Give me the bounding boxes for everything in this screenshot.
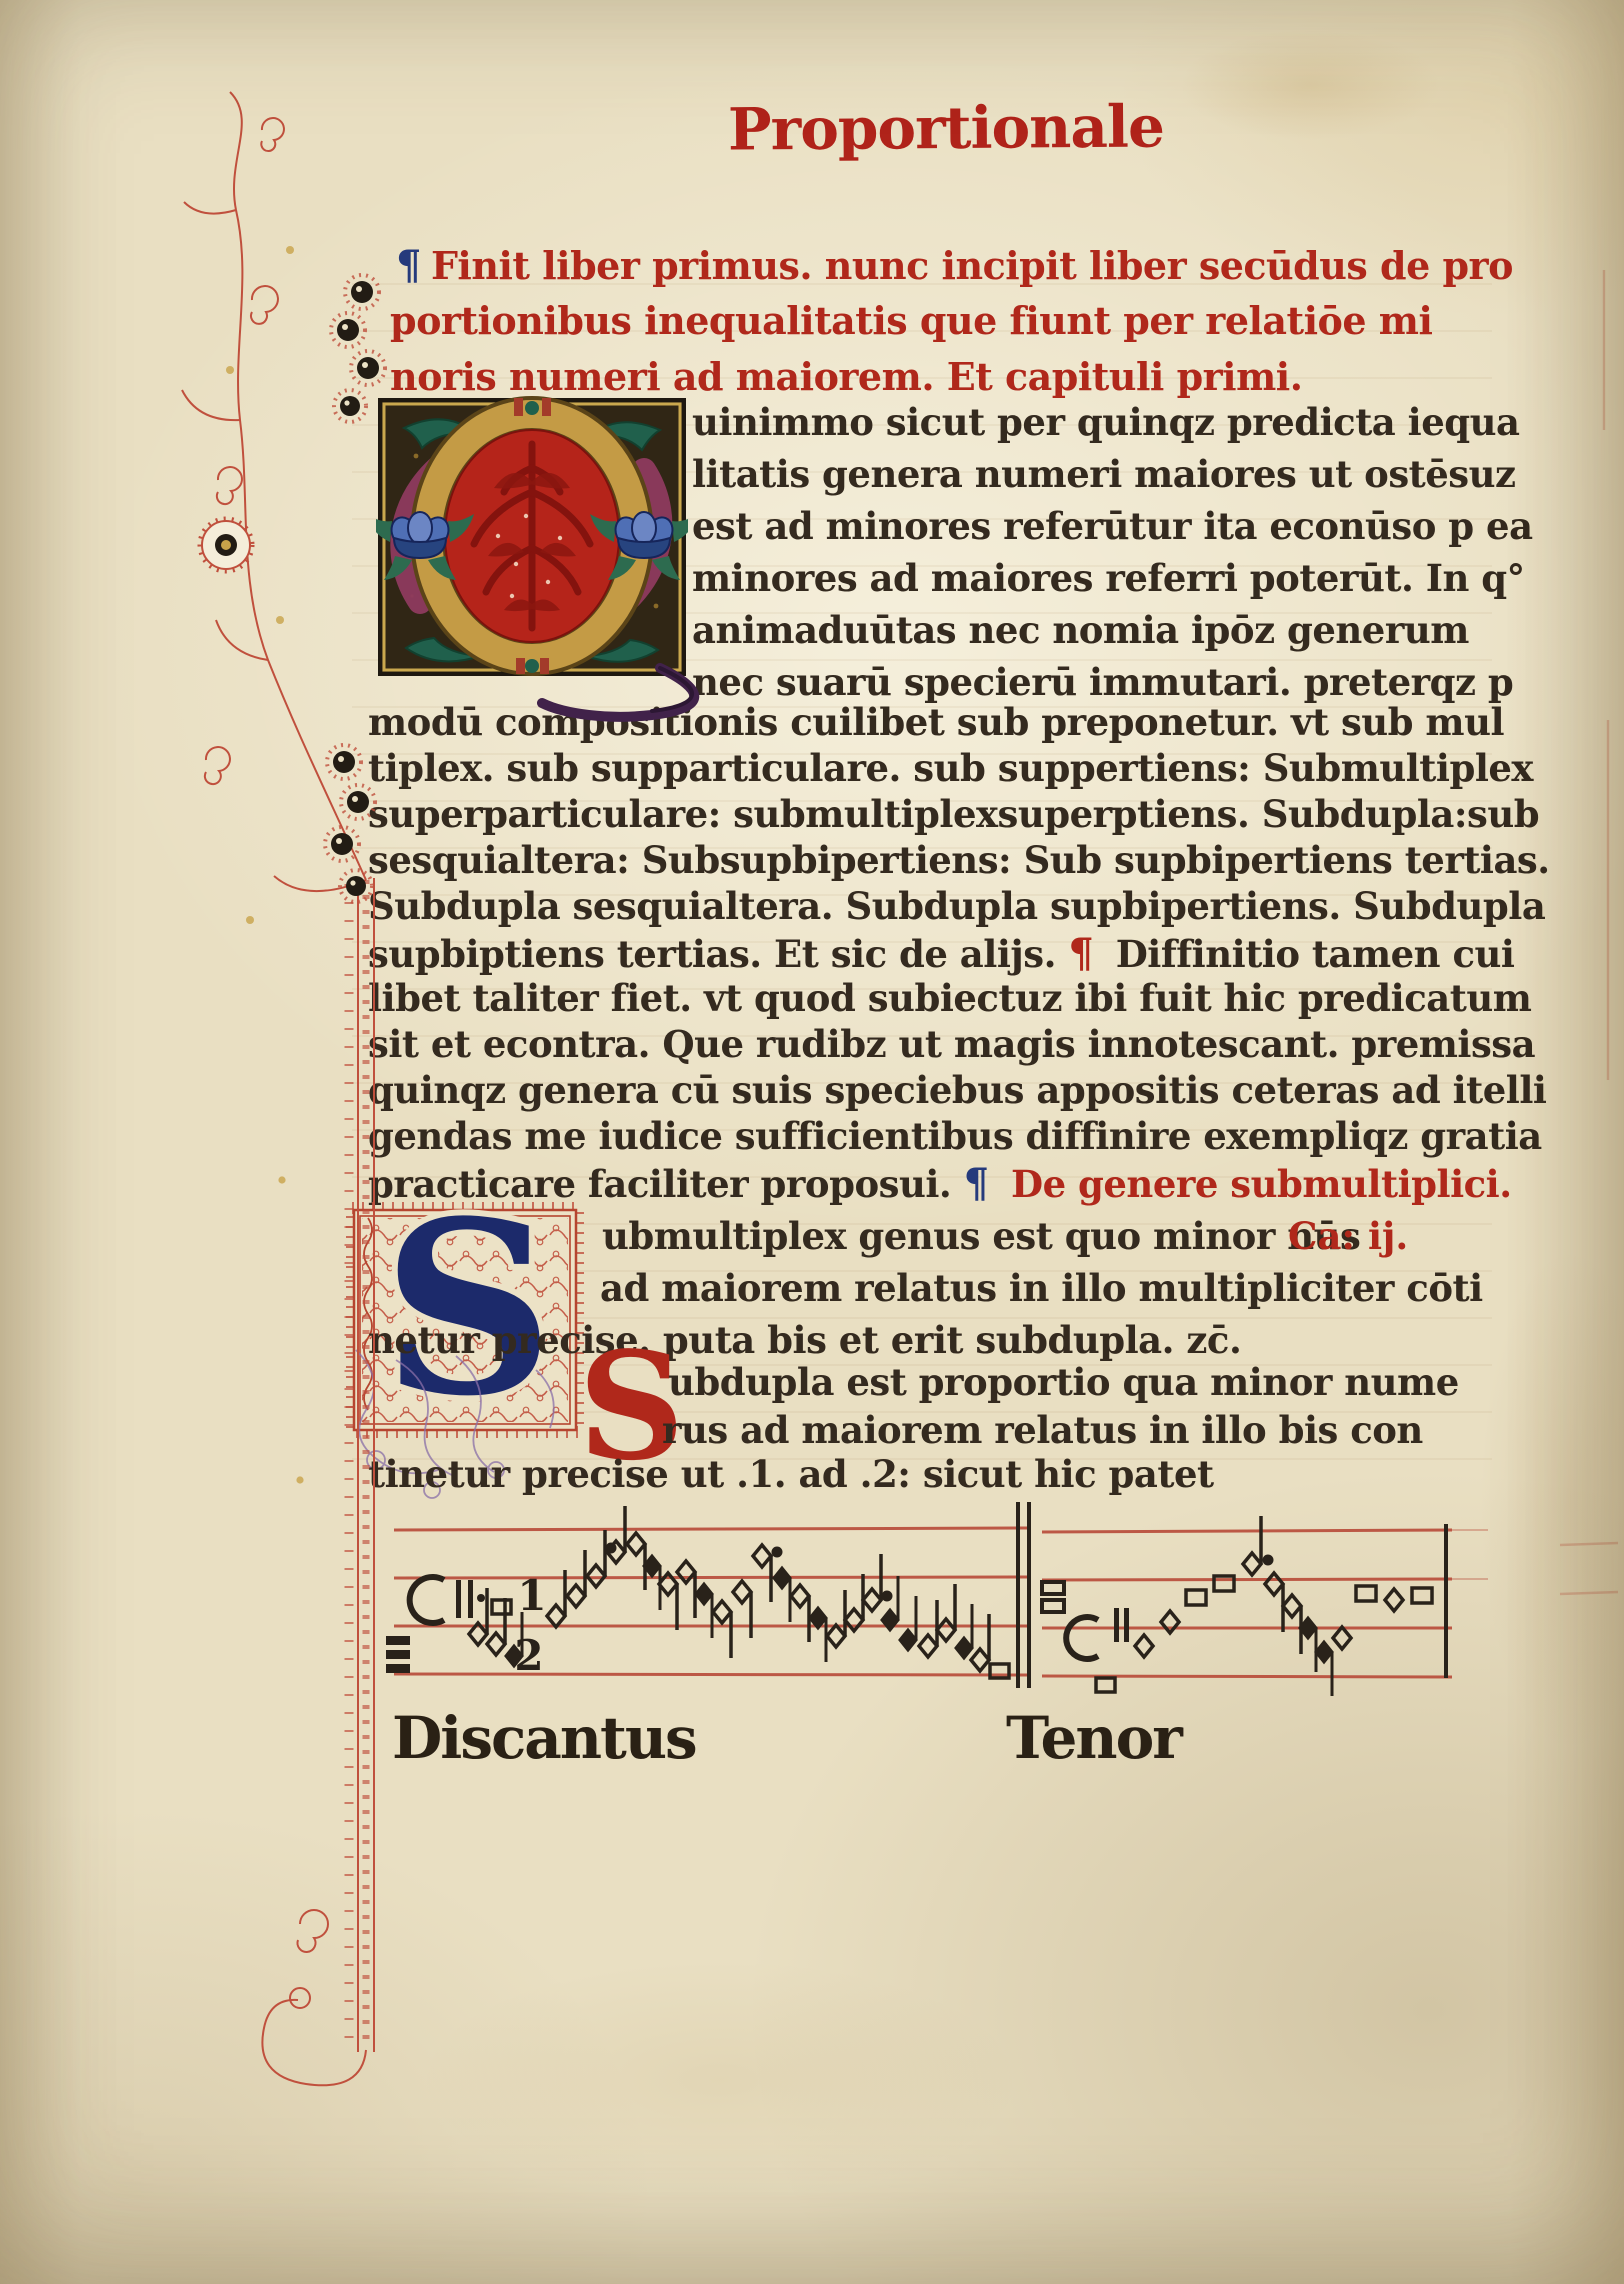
music-staves: 1 2 (380, 1488, 1490, 1728)
pilcrow-red-icon: ¶ (1068, 930, 1103, 977)
vine-flourish (182, 92, 366, 891)
tenor-clef-icon (1042, 1582, 1064, 1612)
page-title: Proportionale (728, 92, 1164, 163)
edge-bleed-marks (1560, 270, 1618, 1594)
body-line-5: Subdupla sesquialtera. Subdupla supbiper… (368, 884, 1545, 928)
manuscript-page: Proportionale ¶Finit liber primus. nunc … (0, 0, 1624, 2284)
pilcrow-blue-icon: ¶ (396, 242, 431, 289)
illuminated-initial-q: Q (376, 396, 688, 678)
parchment-stain (1180, 30, 1440, 140)
paragraph-q-line-1: uinimmo sicut per quinqz predicta iequa (692, 400, 1520, 444)
pilcrow-blue-icon: ¶ (964, 1160, 999, 1207)
body-line-4: sesquialtera: Subsupbipertiens: Sub supb… (368, 838, 1550, 882)
gold-dots (226, 246, 304, 1484)
discantus-mensuration-icon (410, 1577, 444, 1623)
chapter-marker: Ca: ij. (1288, 1214, 1408, 1258)
discantus-notes (469, 1506, 1009, 1678)
rubric-line-1: ¶Finit liber primus. nunc incipit liber … (396, 242, 1513, 289)
tenor-notes (1135, 1516, 1432, 1657)
parchment-stain (420, 1960, 1020, 2200)
tenor-mensuration-icon (1066, 1617, 1098, 1659)
paragraph-s2-line-2: rus ad maiorem relatus in illo bis con (662, 1408, 1423, 1452)
tenor-rests (1114, 1608, 1129, 1642)
paragraph-s2-line-1: ubdupla est proportio qua minor nume (668, 1360, 1459, 1404)
discantus-clef-icon (386, 1636, 410, 1673)
staff-bleed (1452, 1530, 1488, 1579)
paragraph-q-line-2: litatis genera numeri maiores ut ostēsuz (692, 452, 1516, 496)
tenor-breve-below (1096, 1678, 1115, 1692)
paragraph-s1-line-2: ad maiorem relatus in illo multipliciter… (600, 1266, 1483, 1310)
paragraph-q-line-4: minores ad maiores referri poterūt. In q… (692, 556, 1525, 600)
body-line-3: superparticulare: submultiplexsuperptien… (368, 792, 1539, 836)
paragraph-q-line-6: nec suarū specierū immutari. preterqz p (692, 660, 1513, 704)
body-line-8: sit et econtra. Que rudibz ut magis inno… (368, 1022, 1535, 1066)
paragraph-q-line-5: animaduūtas nec nomia ipōz generum (692, 608, 1469, 652)
body-line-7: libet taliter fiet. vt quod subiectuz ib… (368, 976, 1531, 1020)
discantus-label: Discantus (392, 1704, 696, 1772)
tenor-notes-filled (1264, 1556, 1332, 1696)
tenor-staff-lines (1042, 1530, 1452, 1677)
tenor-label: Tenor (1006, 1704, 1181, 1772)
body-line-1: modū compositionis cuilibet sub preponet… (368, 700, 1504, 744)
paragraph-s1-line-1: ubmultiplex genus est quo minor nūs (602, 1214, 1360, 1258)
discantus-rests (456, 1580, 485, 1618)
rubric-line-2: portionibus inequalitatis que fiunt per … (390, 298, 1432, 343)
body-line-10: gendas me iudice sufficientibus diffinir… (368, 1114, 1542, 1158)
discantus-breve (492, 1600, 511, 1614)
body-line-2: tiplex. sub supparticulare. sub supperti… (368, 746, 1533, 790)
flower-rosette (200, 519, 252, 571)
body-line-6: supbiptiens tertias. Et sic de alijs. ¶ … (368, 930, 1514, 977)
rubric-line-3: noris numeri ad maiorem. Et capituli pri… (390, 354, 1302, 399)
paragraph-q-line-3: est ad minores referūtur ita econūso p e… (692, 504, 1533, 548)
parchment-stain (1480, 1250, 1624, 1750)
body-line-9: quinqz genera cū suis speciebus appositi… (368, 1068, 1546, 1112)
